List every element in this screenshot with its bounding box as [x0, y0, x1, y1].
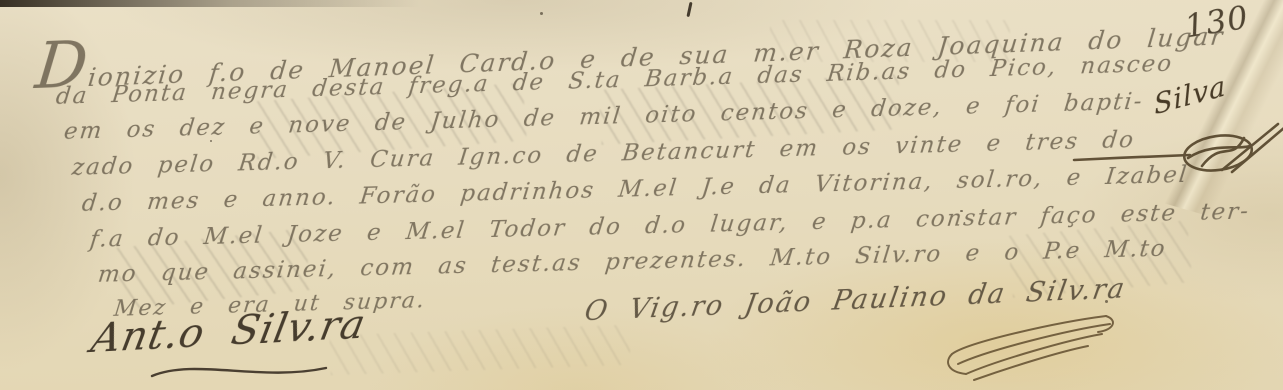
margin-rubric-flourish [1072, 122, 1283, 194]
witness-signature-flourish [150, 362, 330, 384]
scan-edge-shadow [0, 0, 420, 7]
manuscript-page: 130 Dionizio f.o de Manoel Card.o e de s… [0, 0, 1283, 390]
show-through-smudge [329, 325, 630, 375]
vicar-rubric-flourish [938, 308, 1128, 386]
